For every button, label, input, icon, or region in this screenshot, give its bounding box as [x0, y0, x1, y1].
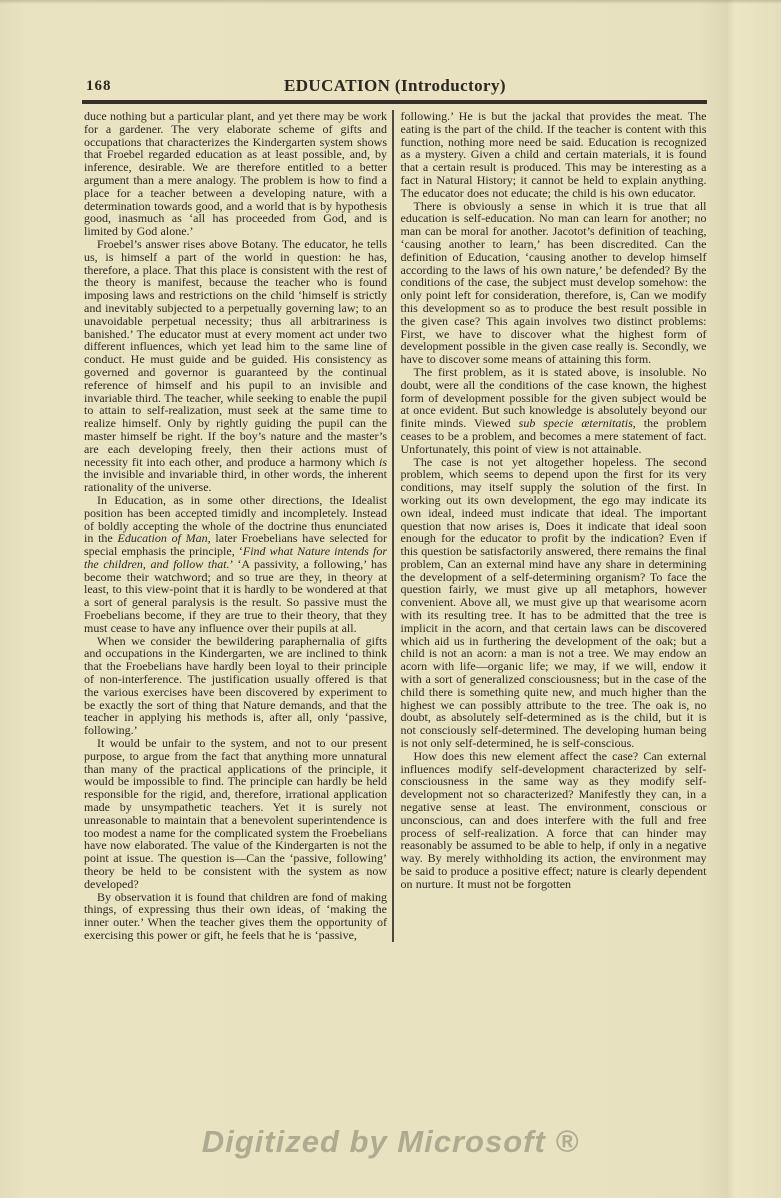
text-columns: duce nothing but a particular plant, and…	[84, 110, 707, 942]
paragraph: The case is not yet altogether hopeless.…	[401, 456, 707, 750]
paragraph: By observation it is found that children…	[84, 891, 387, 942]
body-text: duce nothing but a particular plant, and…	[84, 109, 387, 238]
paragraph: It would be unfair to the system, and no…	[84, 737, 387, 891]
paragraph: In Education, as in some other direction…	[84, 494, 387, 635]
book-page: 168 EDUCATION (Introductory) duce nothin…	[0, 0, 781, 1198]
paragraph: duce nothing but a particular plant, and…	[84, 110, 387, 238]
paragraph: How does this new element affect the cas…	[401, 750, 707, 891]
body-text: By observation it is found that children…	[84, 890, 387, 942]
body-text: Froebel’s answer rises above Botany. The…	[84, 237, 387, 469]
paragraph: The first problem, as it is stated above…	[401, 366, 707, 456]
page-title: EDUCATION (Introductory)	[84, 76, 706, 96]
paragraph: following.’ He is but the jackal that pr…	[401, 110, 707, 200]
paragraph: When we consider the bewildering paraphe…	[84, 635, 387, 737]
watermark: Digitized by Microsoft ®	[0, 1124, 781, 1160]
left-column: duce nothing but a particular plant, and…	[84, 110, 387, 942]
body-text: There is obviously a sense in which it i…	[401, 199, 707, 367]
body-text: How does this new element affect the cas…	[401, 749, 707, 891]
body-text: When we consider the bewildering paraphe…	[84, 634, 387, 738]
right-column: following.’ He is but the jackal that pr…	[401, 110, 707, 942]
body-text: It would be unfair to the system, and no…	[84, 736, 387, 891]
body-text: the invisible and invariable third, in o…	[84, 467, 387, 494]
body-text: following.’ He is but the jackal that pr…	[401, 109, 707, 200]
column-divider	[392, 110, 394, 942]
header-rule	[82, 100, 707, 104]
body-text: The case is not yet altogether hopeless.…	[401, 455, 707, 751]
page-header: 168 EDUCATION (Introductory)	[84, 76, 706, 98]
paragraph: Froebel’s answer rises above Botany. The…	[84, 238, 387, 494]
paragraph: There is obviously a sense in which it i…	[401, 200, 707, 366]
